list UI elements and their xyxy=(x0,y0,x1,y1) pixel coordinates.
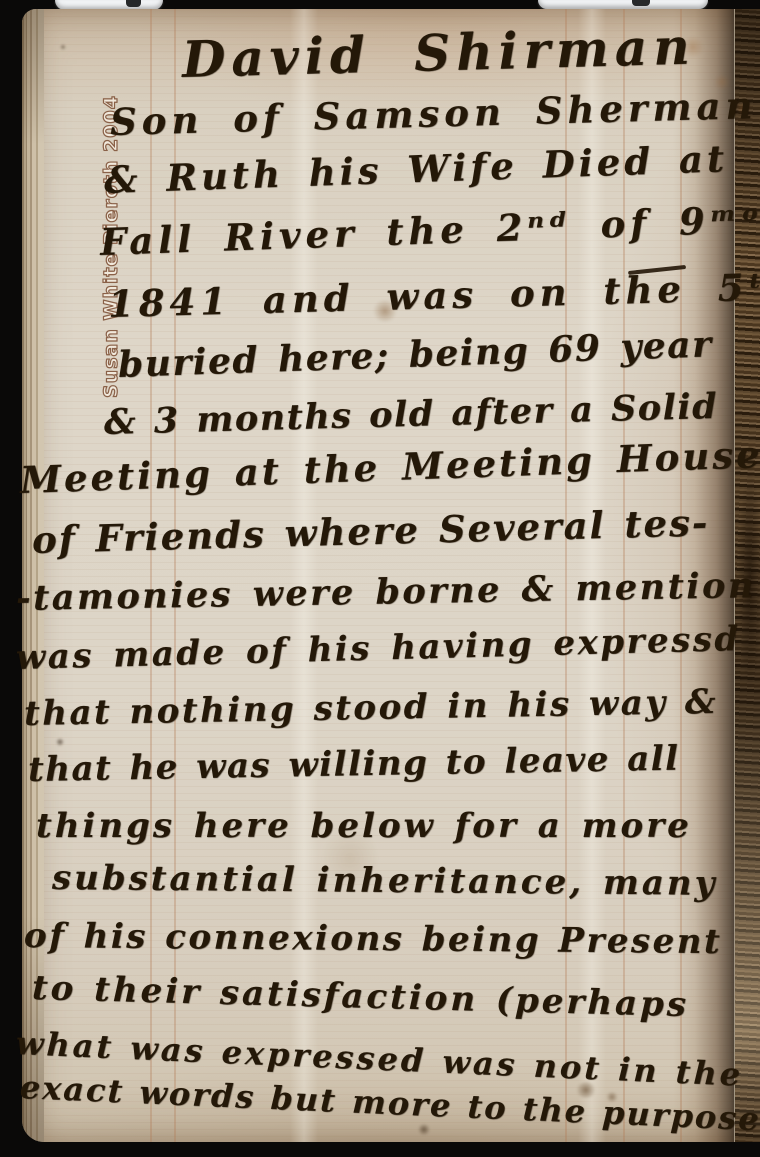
manuscript-line: of his connexions being Present xyxy=(24,916,723,962)
stain xyxy=(56,738,64,746)
clip-notch xyxy=(632,0,650,6)
stain xyxy=(60,44,66,50)
stain xyxy=(418,1124,430,1135)
manuscript-line: things here below for a more xyxy=(36,806,692,846)
manuscript-line: substantial inheritance, many xyxy=(52,858,718,904)
photo-background: Susan White Pieroth 2004 David Shirman S… xyxy=(0,0,760,1157)
white-clip-right xyxy=(538,0,708,9)
clip-notch xyxy=(126,0,141,7)
